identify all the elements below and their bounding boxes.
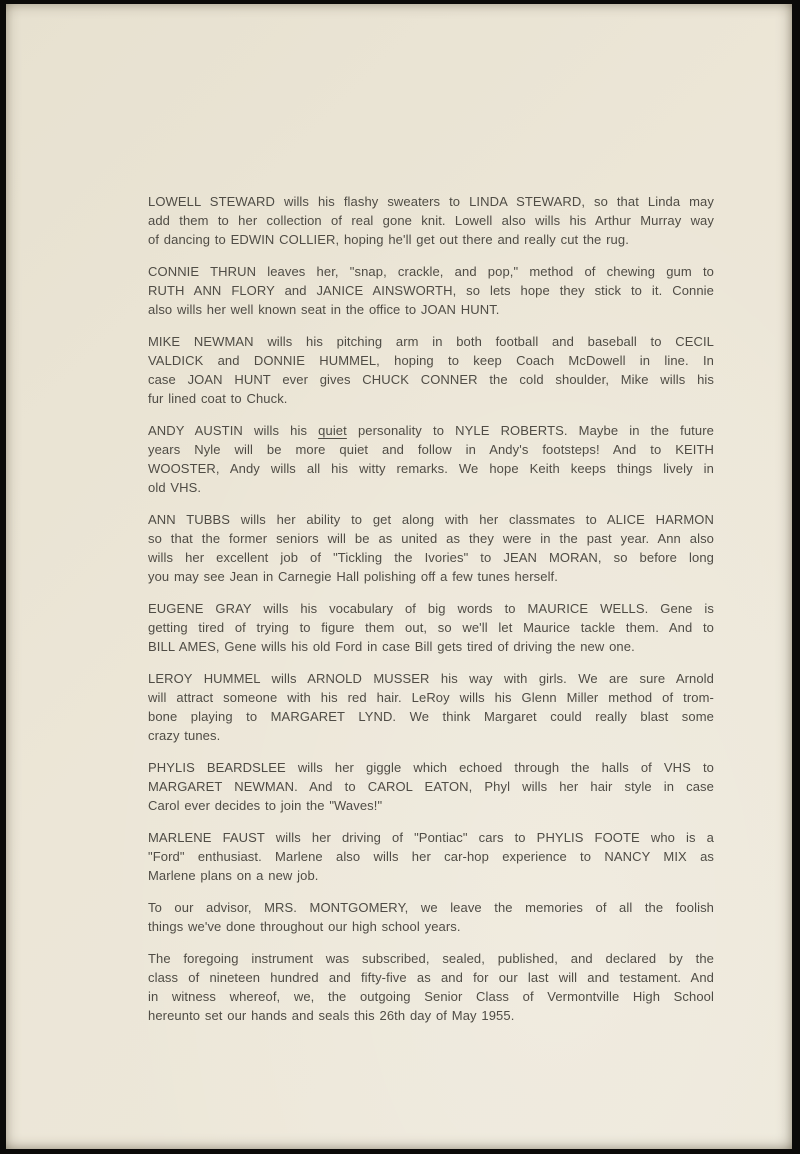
paragraph-advisor: To our advisor, MRS. MONTGOMERY, we leav… — [148, 898, 714, 936]
text-line: BILL AMES, Gene wills his old Ford in ca… — [148, 637, 714, 656]
text-line: PHYLIS BEARDSLEE wills her giggle which … — [148, 758, 714, 777]
text-line: also wills her well known seat in the of… — [148, 300, 714, 319]
text-line: years Nyle will be more quiet and follow… — [148, 440, 714, 459]
text-line: MARGARET NEWMAN. And to CAROL EATON, Phy… — [148, 777, 714, 796]
paragraph-ann-tubbs: ANN TUBBS wills her ability to get along… — [148, 510, 714, 586]
text-line: Marlene plans on a new job. — [148, 866, 714, 885]
text-line: fur lined coat to Chuck. — [148, 389, 714, 408]
paragraph-leroy-hummel: LEROY HUMMEL wills ARNOLD MUSSER his way… — [148, 669, 714, 745]
text-line: VALDICK and DONNIE HUMMEL, hoping to kee… — [148, 351, 714, 370]
text-line: case JOAN HUNT ever gives CHUCK CONNER t… — [148, 370, 714, 389]
text-line: WOOSTER, Andy wills all his witty remark… — [148, 459, 714, 478]
text-line: old VHS. — [148, 478, 714, 497]
text-line: add them to her collection of real gone … — [148, 211, 714, 230]
text-line: ANN TUBBS wills her ability to get along… — [148, 510, 714, 529]
paragraph-andy-austin: ANDY AUSTIN wills his quiet personality … — [148, 421, 714, 497]
text-line: things we've done throughout our high sc… — [148, 917, 714, 936]
text-line: so that the former seniors will be as un… — [148, 529, 714, 548]
text-line: MIKE NEWMAN wills his pitching arm in bo… — [148, 332, 714, 351]
text-line: will attract someone with his red hair. … — [148, 688, 714, 707]
text-line: MARLENE FAUST wills her driving of "Pont… — [148, 828, 714, 847]
paragraph-closing-attestation: The foregoing instrument was subscribed,… — [148, 949, 714, 1025]
text-line: crazy tunes. — [148, 726, 714, 745]
text-line: class of nineteen hundred and fifty-five… — [148, 968, 714, 987]
paragraph-marlene-faust: MARLENE FAUST wills her driving of "Pont… — [148, 828, 714, 885]
text-line: ANDY AUSTIN wills his quiet personality … — [148, 421, 714, 440]
text-line: Carol ever decides to join the "Waves!" — [148, 796, 714, 815]
paragraph-lowell-steward: LOWELL STEWARD wills his flashy sweaters… — [148, 192, 714, 249]
underlined-word: quiet — [318, 423, 347, 438]
text-line: getting tired of trying to figure them o… — [148, 618, 714, 637]
text-line: EUGENE GRAY wills his vocabulary of big … — [148, 599, 714, 618]
paragraph-eugene-gray: EUGENE GRAY wills his vocabulary of big … — [148, 599, 714, 656]
paragraph-mike-newman: MIKE NEWMAN wills his pitching arm in bo… — [148, 332, 714, 408]
text-segment: ANDY AUSTIN wills his — [148, 423, 318, 438]
text-line: hereunto set our hands and seals this 26… — [148, 1006, 714, 1025]
text-line: bone playing to MARGARET LYND. We think … — [148, 707, 714, 726]
text-line: in witness whereof, we, the outgoing Sen… — [148, 987, 714, 1006]
text-line: CONNIE THRUN leaves her, "snap, crackle,… — [148, 262, 714, 281]
text-line: you may see Jean in Carnegie Hall polish… — [148, 567, 714, 586]
text-line: RUTH ANN FLORY and JANICE AINSWORTH, so … — [148, 281, 714, 300]
page-text-column: LOWELL STEWARD wills his flashy sweaters… — [148, 192, 714, 1038]
text-line: LEROY HUMMEL wills ARNOLD MUSSER his way… — [148, 669, 714, 688]
text-segment: personality to NYLE ROBERTS. Maybe in th… — [347, 423, 714, 438]
text-line: wills her excellent job of "Tickling the… — [148, 548, 714, 567]
text-line: To our advisor, MRS. MONTGOMERY, we leav… — [148, 898, 714, 917]
text-line: "Ford" enthusiast. Marlene also wills he… — [148, 847, 714, 866]
scanned-page: LOWELL STEWARD wills his flashy sweaters… — [6, 4, 792, 1149]
paragraph-connie-thrun: CONNIE THRUN leaves her, "snap, crackle,… — [148, 262, 714, 319]
text-line: The foregoing instrument was subscribed,… — [148, 949, 714, 968]
paragraph-phylis-beardslee: PHYLIS BEARDSLEE wills her giggle which … — [148, 758, 714, 815]
text-line: of dancing to EDWIN COLLIER, hoping he'l… — [148, 230, 714, 249]
text-line: LOWELL STEWARD wills his flashy sweaters… — [148, 192, 714, 211]
